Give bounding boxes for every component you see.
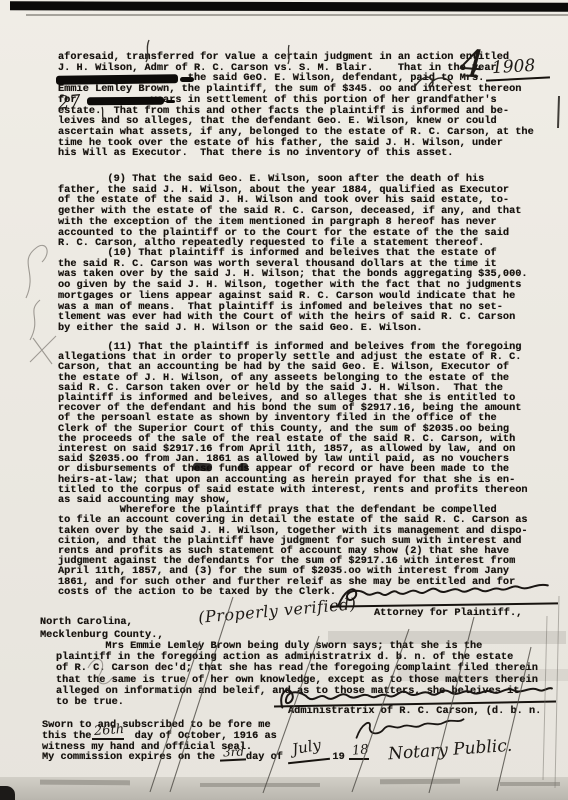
scanned-legal-document-page: aforesaid, transferred for value a certa… [0, 0, 568, 800]
pencil-marks [0, 0, 568, 800]
